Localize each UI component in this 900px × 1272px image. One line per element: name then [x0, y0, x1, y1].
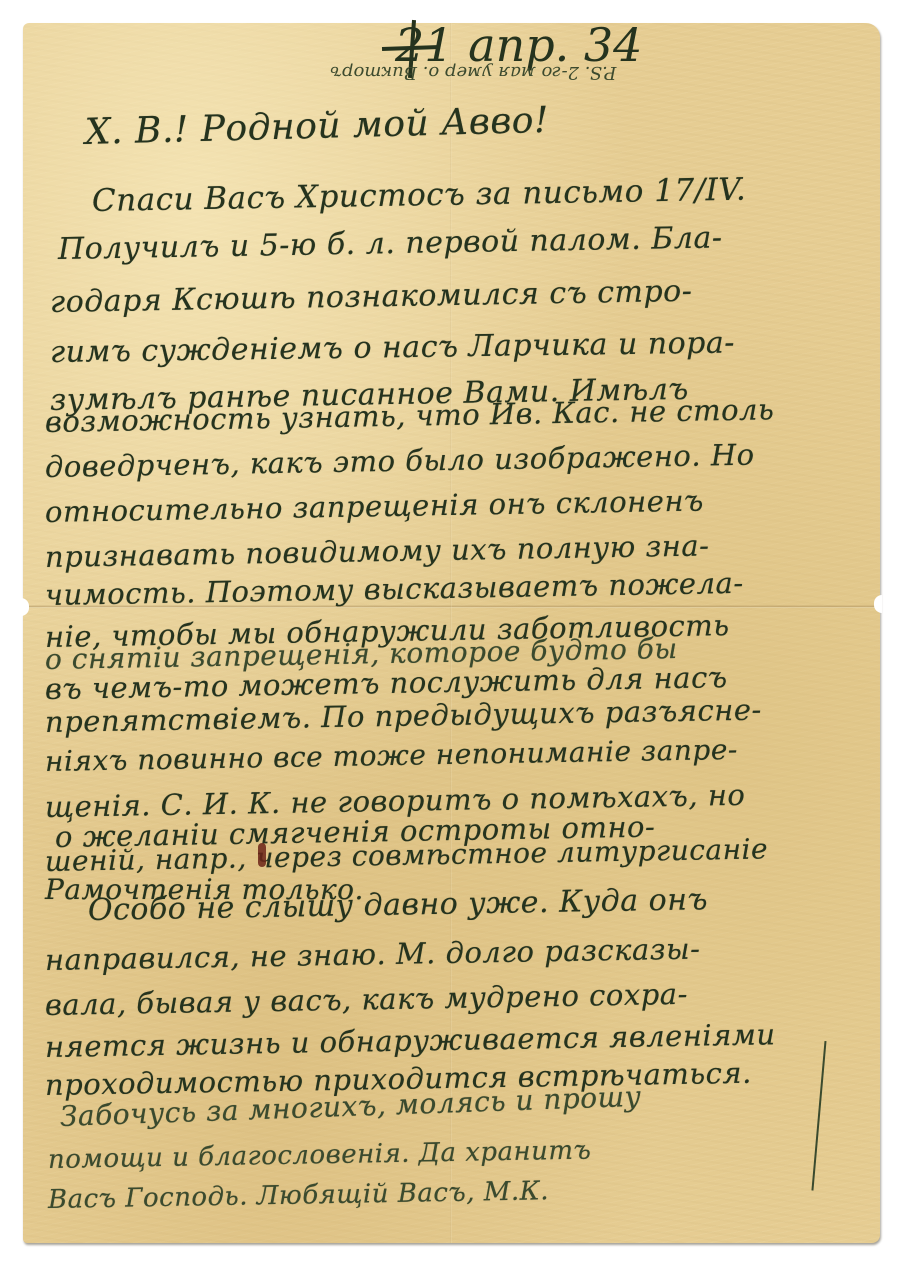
ink-stain [258, 843, 266, 867]
paper-tear-left [21, 598, 29, 616]
postscript-upside-down: P.S. 2-го мая умер о. Викторъ [330, 62, 616, 83]
paper-tear-right [874, 595, 882, 613]
